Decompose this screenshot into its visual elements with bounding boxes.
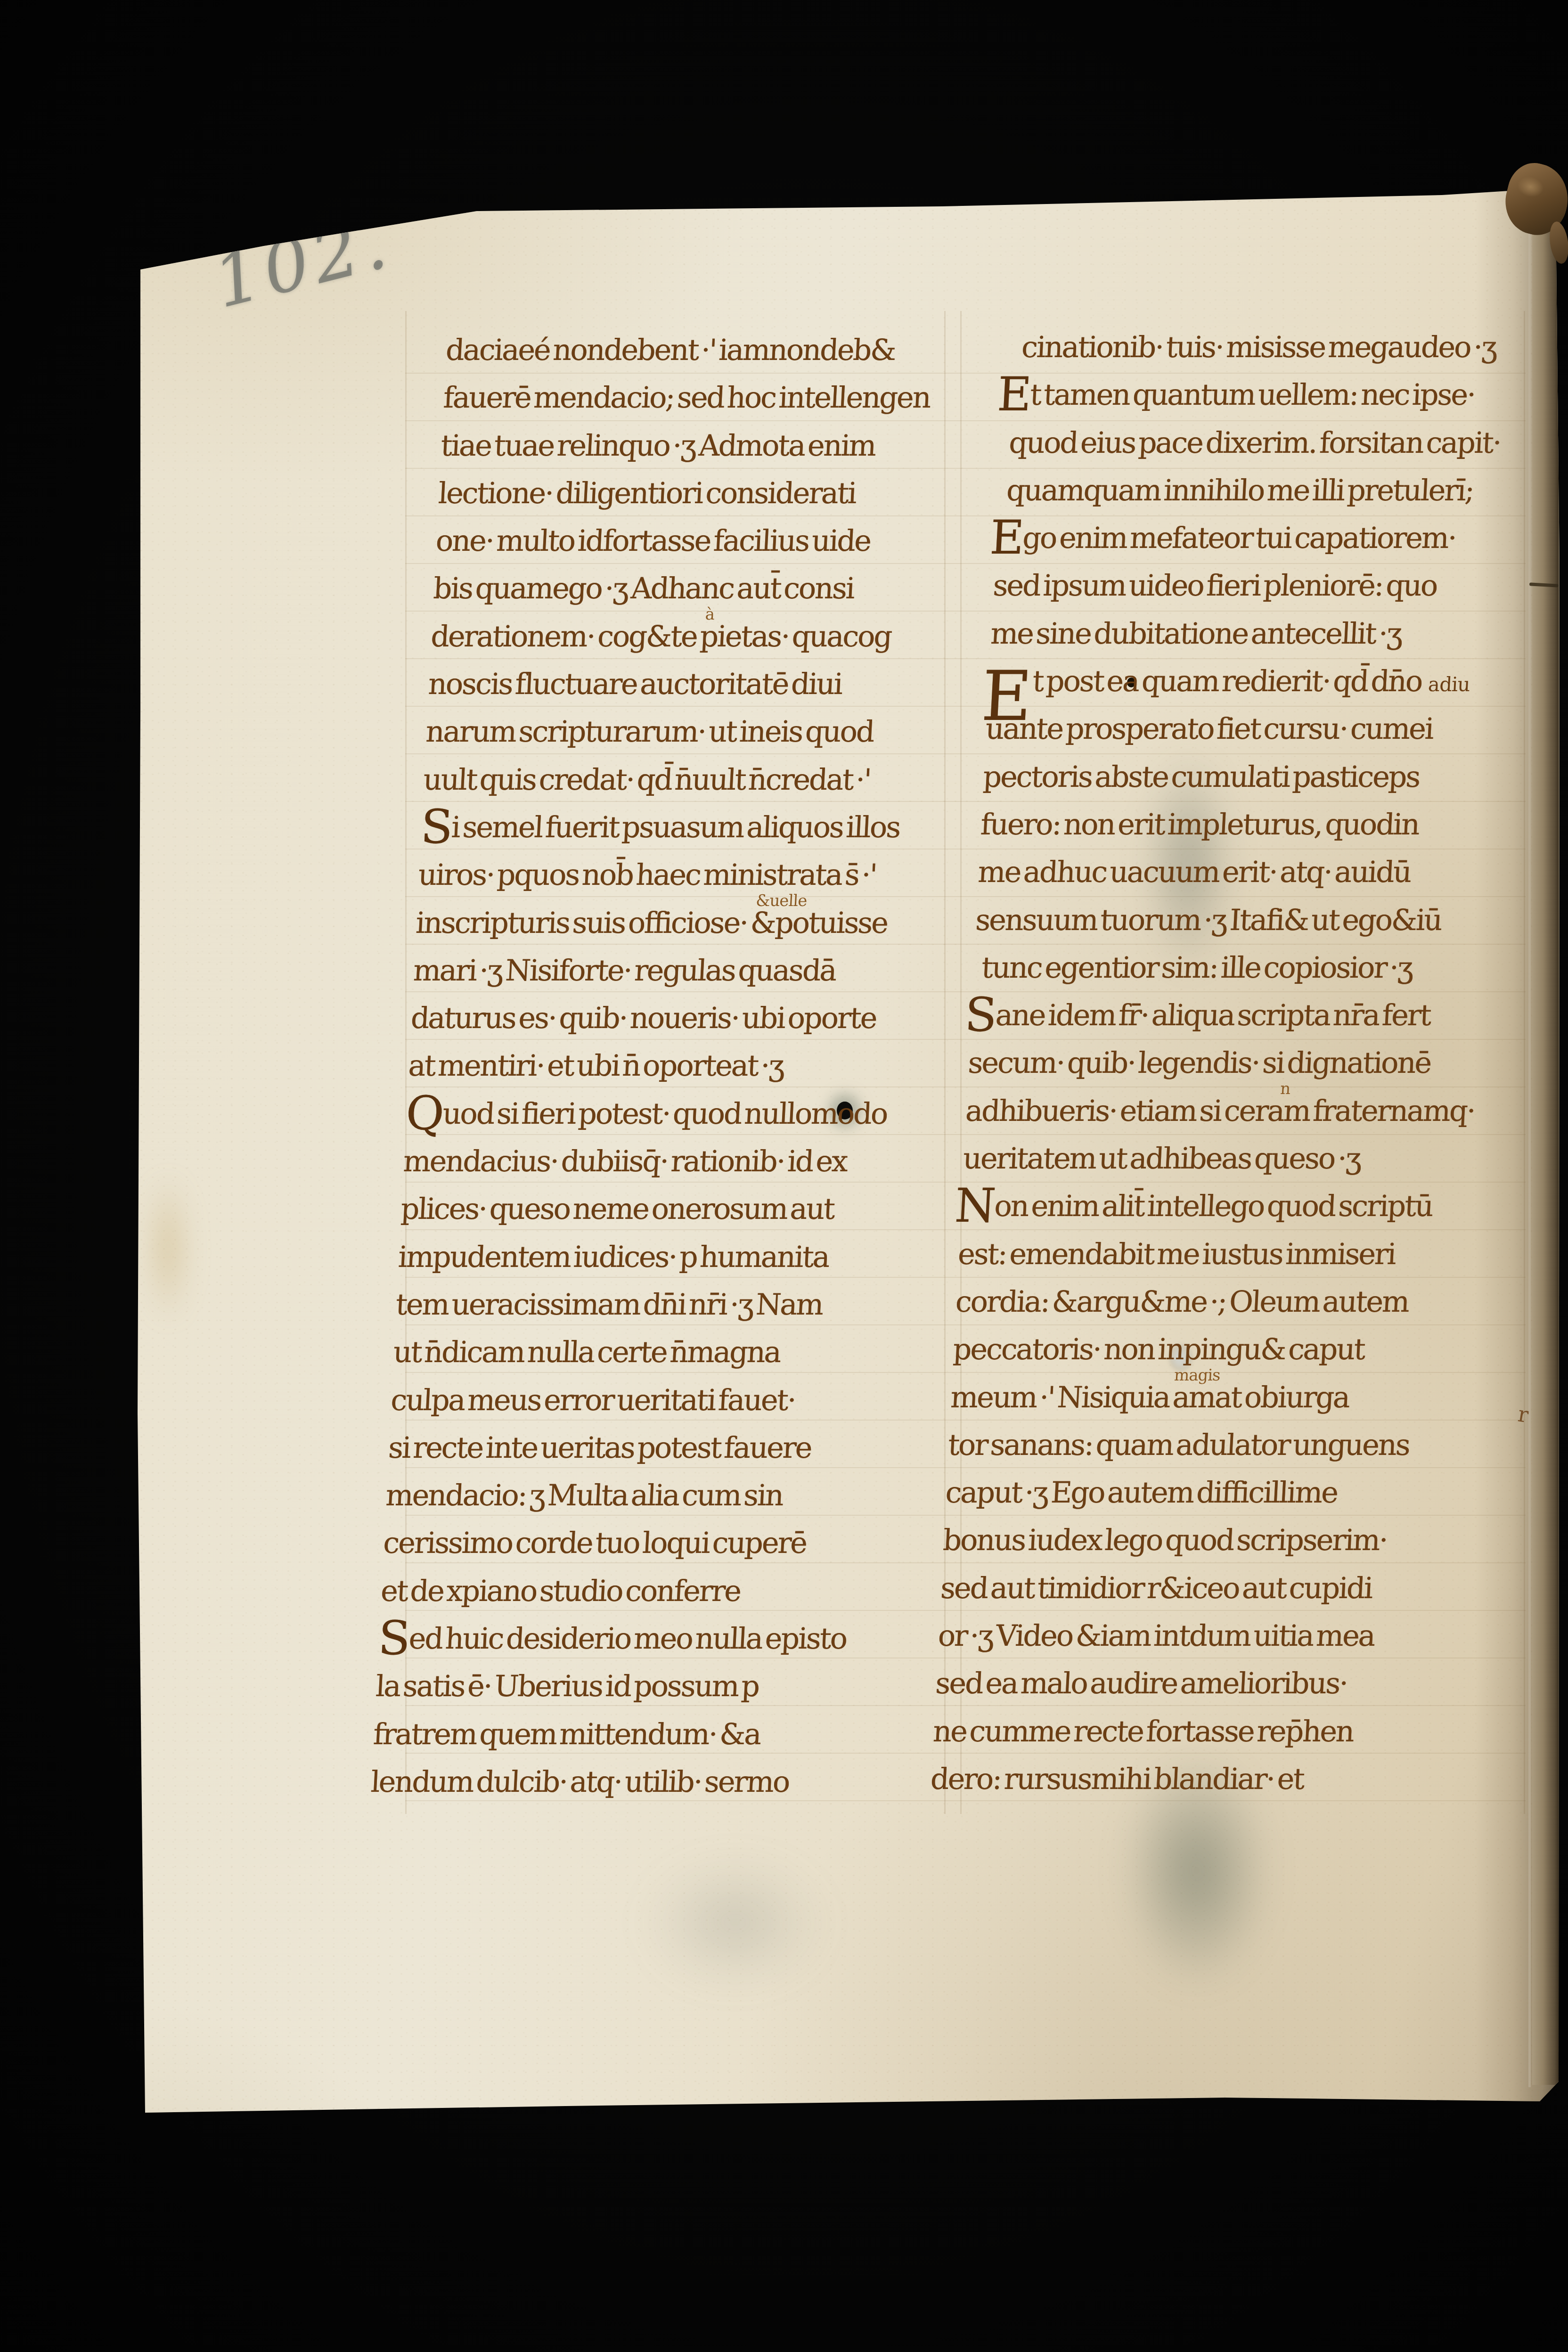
left-column-line-5: one· multo idfortasse facilius uide [434,523,983,571]
line-text: secum· quib· legendis· si dignationē [967,1045,1431,1080]
line-text: ueritatem ut adhibeas queso ·ʒ [962,1141,1362,1176]
line-text: dero: rursusmihi blandiar· et [930,1762,1304,1796]
line-text: quamquam innihilo me illi pretulerī; [1006,473,1474,507]
line-text: plices· queso neme onerosum aut [400,1192,835,1226]
line-text: si recte inte ueritas potest fauere [387,1430,812,1465]
line-text: uult quis credat· qd̄ n̄uult n̄credat ·' [423,762,871,797]
left-column-line-24: si recte inte ueritas potest fauere [387,1430,936,1478]
line-text: lendum dulcib· atq· utilib· sermo [370,1764,790,1799]
line-text: bis quamego ·ʒ Adhanc aut̄ consi [433,571,855,605]
interlinear-gloss: magis [1174,1366,1221,1385]
line-text: one· multo idfortasse facilius uide [435,523,871,558]
right-column-line-18: ueritatem ut adhibeas queso ·ʒ [956,1141,1528,1189]
left-column-line-1: daciaeé nondebent ·' iamnondeb& [444,333,993,380]
line-text: uiros· pquos nob̄ haec ministrata s̄ ·' [417,857,877,892]
enlarged-initial: S [377,1611,410,1666]
left-column-line-8: noscis fluctuare auctoritatē diui [427,667,976,714]
right-column-line-9: uante prosperato fiet cursu· cumei [979,711,1551,759]
line-text: Et post ea quam redierit· qd̄ dn̄o [981,664,1422,698]
line-text: me adhuc uacuum erit· atq· auidū [977,855,1412,889]
line-text: bonus iudex lego quod scripserim· [942,1523,1388,1557]
interlinear-gloss: &uelle [755,891,807,910]
right-column-line-30: ne cumme recte fortasse rep̄hen [926,1714,1498,1762]
left-column-line-19: plices· queso neme onerosum aut [399,1192,948,1239]
line-text: peccatoris· non inpingu& caput [952,1332,1365,1366]
right-column-line-14: tunc egentior sim: ille copiosior ·ʒ [966,950,1538,998]
line-text: quod eius pace dixerim. forsitan capit· [1008,425,1502,460]
line-text: sensuum tuorum ·ʒ Itafi& ut ego&iū [975,903,1442,937]
right-column-line-21: cordia: &argu&me ·; Oleum autem [948,1284,1521,1332]
line-text: me sine dubitatione antecellit ·ʒ [990,616,1403,651]
right-column-line-6: sed ipsum uideo fieri pleniorē: quo [986,568,1558,616]
enlarged-initial: Q [404,1086,444,1141]
line-text: sed ea malo audire amelioribus· [935,1666,1348,1700]
line-text: mari ·ʒ Nisiforte· regulas quasdā [412,953,836,988]
line-text: tiae tuae relinquo ·ʒ Admota enim [440,428,876,463]
left-column-line-28: Sed huic desiderio meo nulla episto [377,1621,926,1669]
line-text: derationem· cog&te pietas· quacog [430,619,892,653]
left-column-line-4: lectione· diligentiori considerati [437,476,986,523]
right-column-line-19: Non enim alit̄ intellego quod scriptū [953,1189,1526,1236]
manuscript-page: 102. daciaeé nondebent ·' iamnondeb&faue… [0,0,1568,2352]
left-column-line-22: ut n̄dicam nulla certe n̄magna [392,1335,940,1382]
line-text: sed aut timidior r&iceo aut cupidi [939,1571,1372,1605]
left-column-line-17: Quod si fieri potest· quod nullomodo [404,1096,953,1144]
enlarged-initial: E [988,511,1024,565]
left-column-line-2: fauerē mendacio; sed hoc intellengen [442,380,991,428]
right-column-line-7: me sine dubitatione antecellit ·ʒ [983,616,1556,664]
line-text: inscripturis suis officiose· &potuisse [415,906,888,940]
line-text: at mentiri· et ubi n̄ oporteat ·ʒ [408,1048,784,1083]
line-tail-addition: adiu [1428,673,1470,696]
line-text: sed ipsum uideo fieri pleniorē: quo [992,568,1437,603]
enlarged-initial: S [964,988,997,1042]
left-column-line-14: mari ·ʒ Nisiforte· regulas quasdā [412,953,961,1001]
right-column-line-15: Sane idem fr̄· aliqua scripta nr̄a fert [964,998,1536,1045]
left-column-line-29: la satis ē· Uberius id possum p [374,1669,923,1716]
photograph-backdrop: 102. daciaeé nondebent ·' iamnondeb&faue… [0,0,1568,2352]
text-column-right: cinationib· tuis· misisse megaudeo ·ʒEt … [923,330,1568,1809]
line-text: Si semel fuerit psuasum aliquos illos [420,810,900,844]
right-column-line-22: peccatoris· non inpingu& caput [946,1332,1518,1380]
right-column-line-17: nadhibueris· etiam si ceram fraternamq· [958,1094,1531,1141]
right-column-line-16: secum· quib· legendis· si dignationē [961,1045,1533,1093]
line-text: mendacio: ʒ Multa alia cum sin [385,1478,784,1512]
line-text: noscis fluctuare auctoritatē diui [427,667,842,701]
left-column-line-10: uult quis credat· qd̄ n̄uult n̄credat ·' [422,762,971,810]
left-column-line-18: mendacius· dubiisq̄· rationib· id ex [402,1144,951,1192]
left-column-line-16: at mentiri· et ubi n̄ oporteat ·ʒ [407,1048,955,1096]
line-text: Sed huic desiderio meo nulla episto [377,1621,847,1656]
line-text: culpa meus error ueritati fauet· [390,1383,796,1417]
right-column-line-12: me adhuc uacuum erit· atq· auidū [971,855,1543,902]
line-text: narum scripturarum· ut ineis quod [425,714,874,749]
line-text: impudentem iudices· p humanita [398,1240,830,1274]
line-text: Non enim alit̄ intellego quod scriptū [954,1189,1433,1223]
right-column-line-24: tor sanans: quam adulator unguens [941,1428,1513,1475]
left-column-line-3: tiae tuae relinquo ·ʒ Admota enim [439,428,988,476]
line-text: et de xpiano studio conferre [380,1574,741,1608]
line-text: mendacius· dubiisq̄· rationib· id ex [402,1144,848,1178]
line-text: tunc egentior sim: ille copiosior ·ʒ [980,950,1413,985]
interlinear-gloss: à [705,605,715,624]
line-text: Sane idem fr̄· aliqua scripta nr̄a fert [964,998,1431,1032]
line-text: cordia: &argu&me ·; Oleum autem [955,1284,1409,1319]
left-column-line-25: mendacio: ʒ Multa alia cum sin [384,1478,933,1526]
line-text: caput ·ʒ Ego autem difficillime [945,1475,1338,1510]
right-column-line-10: pectoris abste cumulati pasticeps [976,759,1548,807]
line-text: ne cumme recte fortasse rep̄hen [932,1714,1355,1748]
right-column-line-11: fuero: non erit impleturus, quodin [973,807,1546,855]
line-text: lectione· diligentiori considerati [438,476,857,510]
line-text: fratrem quem mittendum· &a [373,1717,761,1751]
left-column-line-13: &uelleinscripturis suis officiose· &potu… [414,906,963,953]
left-column-line-7: àderationem· cog&te pietas· quacog [429,619,978,667]
line-text: fuero: non erit impleturus, quodin [980,807,1420,841]
left-column-line-23: culpa meus error ueritati fauet· [389,1383,938,1430]
right-column-line-20: est: emendabit me iustus inmiseri [951,1237,1523,1284]
left-column-line-11: Si semel fuerit psuasum aliquos illos [419,810,968,857]
line-text: pectoris abste cumulati pasticeps [982,759,1421,794]
left-column-line-30: fratrem quem mittendum· &a [372,1717,921,1764]
line-text: cerissimo corde tuo loqui cuperē [383,1526,807,1560]
left-column-line-26: cerissimo corde tuo loqui cuperē [382,1526,931,1573]
line-text: or ·ʒ Video &iam intdum uitia mea [937,1618,1375,1653]
line-text: daturus es· quib· noueris· ubi oporte [410,1001,877,1035]
left-column-line-21: tem ueracissimam dn̄i nr̄i ·ʒ Nam [394,1287,943,1335]
left-column-line-27: et de xpiano studio conferre [379,1574,928,1621]
left-column-line-20: impudentem iudices· p humanita [397,1240,946,1287]
right-column-line-25: caput ·ʒ Ego autem difficillime [939,1475,1511,1523]
line-text: tor sanans: quam adulator unguens [947,1428,1410,1462]
gutter-shadow [1475,179,1560,2101]
line-text: tem ueracissimam dn̄i nr̄i ·ʒ Nam [395,1287,823,1322]
line-text: est: emendabit me iustus inmiseri [957,1237,1396,1271]
gray-smudge-bottom [612,1837,857,2007]
line-text: fauerē mendacio; sed hoc intellengen [442,380,931,415]
line-text: Ego enim mefateor tui capatiorem· [989,521,1456,555]
enlarged-initial: N [954,1179,996,1233]
right-column-line-27: sed aut timidior r&iceo aut cupidi [933,1571,1506,1618]
line-text: Et tamen quantum uellem: nec ipse· [996,377,1476,412]
line-text: meum ·' Nisiquia amat obiurga [950,1380,1350,1414]
right-column-line-26: bonus iudex lego quod scripserim· [936,1523,1508,1570]
line-text: Quod si fieri potest· quod nullomodo [405,1096,888,1131]
right-column-line-28: or ·ʒ Video &iam intdum uitia mea [931,1618,1503,1666]
left-column-line-9: narum scripturarum· ut ineis quod [425,714,973,762]
enlarged-initial: S [419,800,453,854]
right-column-line-31: dero: rursusmihi blandiar· et [923,1762,1496,1809]
enlarged-initial: E [996,367,1031,422]
left-edge-stain [138,1145,199,1352]
text-column-left: daciaeé nondebent ·' iamnondeb&fauerē me… [369,333,994,1812]
line-text: uante prosperato fiet cursu· cumei [985,711,1434,746]
line-text: ut n̄dicam nulla certe n̄magna [392,1335,781,1369]
line-text: la satis ē· Uberius id possum p [375,1669,759,1703]
line-text: daciaeé nondebent ·' iamnondeb& [445,333,896,367]
right-column-line-29: sed ea malo audire amelioribus· [928,1666,1501,1714]
right-column-line-8: Et post ea quam redierit· qd̄ dn̄oadiu [981,664,1553,711]
line-text: adhibueris· etiam si ceram fraternamq· [965,1094,1476,1128]
interlinear-gloss: n [1280,1079,1290,1098]
left-column-line-31: lendum dulcib· atq· utilib· sermo [369,1764,918,1812]
left-column-line-12: uiros· pquos nob̄ haec ministrata s̄ ·' [417,857,966,905]
line-text: cinationib· tuis· misisse megaudeo ·ʒ [1021,330,1497,364]
right-column-line-23: magismeum ·' Nisiquia amat obiurga [943,1380,1516,1428]
right-column-line-13: sensuum tuorum ·ʒ Itafi& ut ego&iū [968,903,1541,950]
left-column-line-15: daturus es· quib· noueris· ubi oporte [409,1001,958,1048]
